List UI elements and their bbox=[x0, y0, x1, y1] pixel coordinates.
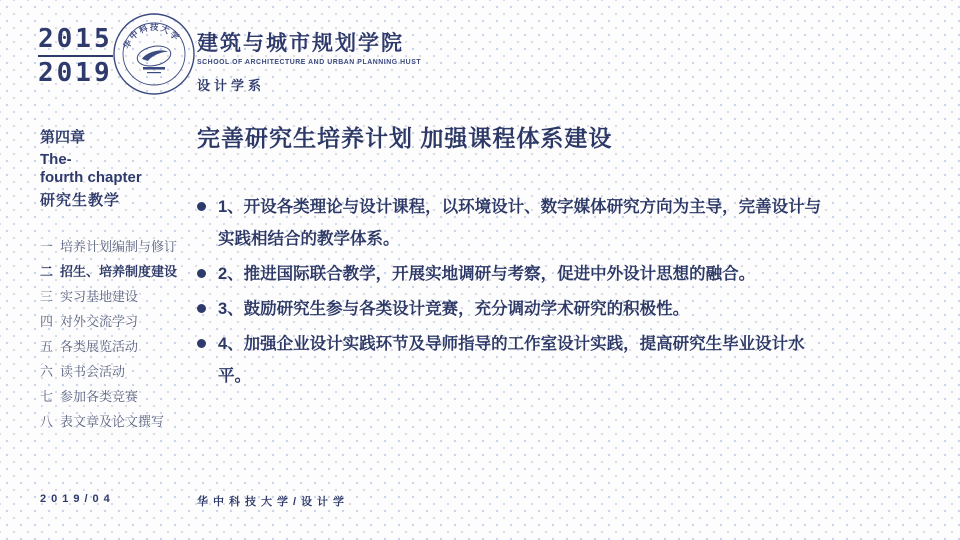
chapter-sidebar: 第四章 The- fourth chapter 研究生教学 一培养计划编制与修订… bbox=[40, 126, 195, 434]
bullet-item-4: 4、加强企业设计实践环节及导师指导的工作室设计实践，提高研究生毕业设计水平。 bbox=[197, 328, 897, 392]
bullet-dot-icon bbox=[197, 304, 206, 313]
presentation-slide: 2015 2019 华中科技大学 建筑与城市规划学院 SCHOOL OF ARC… bbox=[0, 0, 960, 540]
seal-arc-text: 华中科技大学 bbox=[121, 22, 182, 50]
bullet-text-1: 1、开设各类理论与设计课程，以环境设计、数字媒体研究方向为主导，完善设计与实践相… bbox=[218, 191, 830, 255]
hust-emblem-icon bbox=[135, 43, 172, 73]
bullet-dot-icon bbox=[197, 269, 206, 278]
bullet-item-3: 3、鼓励研究生参与各类设计竞赛，充分调动学术研究的积极性。 bbox=[197, 293, 897, 325]
bullet-dot-icon bbox=[197, 202, 206, 211]
anniversary-years-logo: 2015 2019 bbox=[38, 26, 113, 86]
section-item-8: 八表文章及论文撰写 bbox=[40, 409, 195, 434]
school-title: 建筑与城市规划学院 bbox=[197, 27, 421, 57]
bullet-text-4: 4、加强企业设计实践环节及导师指导的工作室设计实践，提高研究生毕业设计水平。 bbox=[218, 328, 830, 392]
bullet-text-2: 2、推进国际联合教学，开展实地调研与考察，促进中外设计思想的融合。 bbox=[218, 258, 830, 290]
svg-text:华中科技大学: 华中科技大学 bbox=[121, 22, 182, 50]
slide-title: 完善研究生培养计划 加强课程体系建设 bbox=[197, 120, 897, 153]
bullet-text-3: 3、鼓励研究生参与各类设计竞赛，充分调动学术研究的积极性。 bbox=[218, 293, 830, 325]
school-subtitle: SCHOOL OF ARCHITECTURE AND URBAN PLANNIN… bbox=[197, 59, 421, 66]
chapter-topic: 研究生教学 bbox=[40, 189, 195, 210]
school-header: 建筑与城市规划学院 SCHOOL OF ARCHITECTURE AND URB… bbox=[197, 27, 421, 94]
chapter-section-list: 一培养计划编制与修订 二招生、培养制度建设 三实习基地建设 四对外交流学习 五各… bbox=[40, 234, 195, 434]
bullet-item-1: 1、开设各类理论与设计课程，以环境设计、数字媒体研究方向为主导，完善设计与实践相… bbox=[197, 191, 897, 255]
chapter-number-en-line2: fourth chapter bbox=[40, 169, 142, 186]
bullet-item-2: 2、推进国际联合教学，开展实地调研与考察，促进中外设计思想的融合。 bbox=[197, 258, 897, 290]
footer-date: 2019/04 bbox=[40, 493, 115, 505]
department-name: 设计学系 bbox=[197, 75, 421, 94]
year-top: 2015 bbox=[38, 26, 113, 57]
section-item-4: 四对外交流学习 bbox=[40, 309, 195, 334]
footer-organization: 华中科技大学/设计学 bbox=[197, 493, 349, 509]
section-item-5: 五各类展览活动 bbox=[40, 334, 195, 359]
section-item-1: 一培养计划编制与修订 bbox=[40, 234, 195, 259]
university-seal-icon: 华中科技大学 bbox=[112, 12, 196, 96]
section-item-3: 三实习基地建设 bbox=[40, 284, 195, 309]
year-bottom: 2019 bbox=[38, 57, 113, 86]
chapter-number-en-line1: The- bbox=[40, 151, 72, 168]
chapter-number-cn: 第四章 bbox=[40, 126, 195, 147]
slide-body: 完善研究生培养计划 加强课程体系建设 1、开设各类理论与设计课程，以环境设计、数… bbox=[197, 120, 897, 395]
bullet-dot-icon bbox=[197, 339, 206, 348]
section-item-2-active: 二招生、培养制度建设 bbox=[40, 259, 195, 284]
section-item-6: 六读书会活动 bbox=[40, 359, 195, 384]
section-item-7: 七参加各类竞赛 bbox=[40, 384, 195, 409]
